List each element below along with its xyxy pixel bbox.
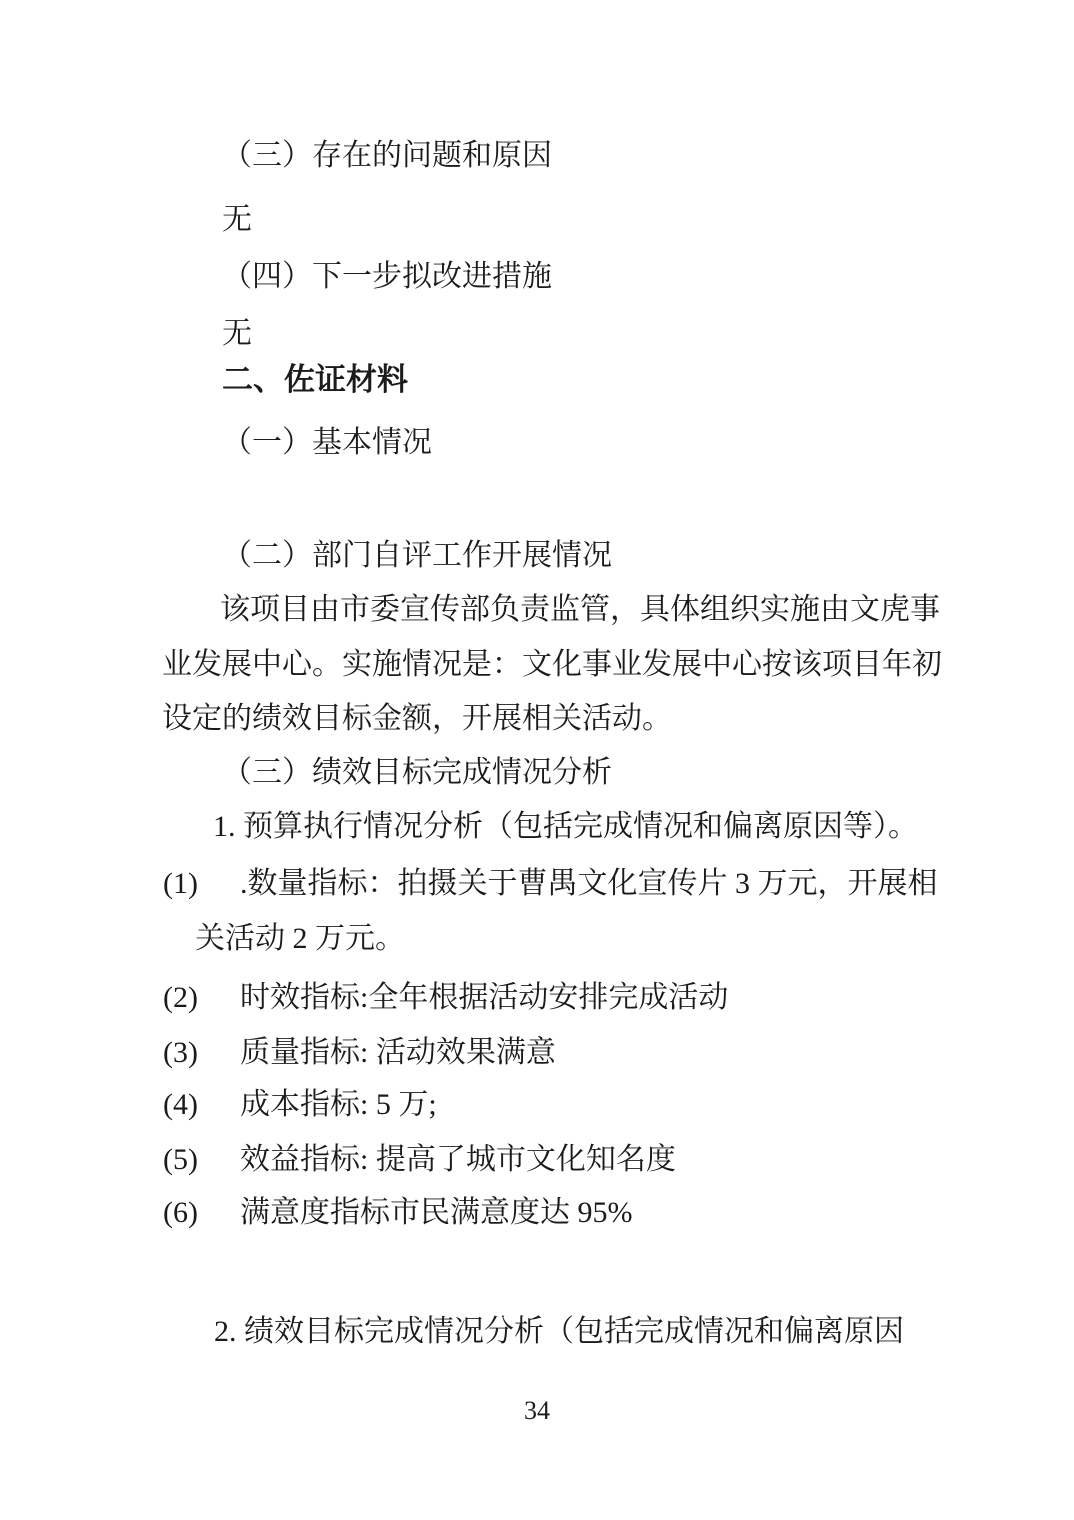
target-analysis-heading: 2. 绩效目标完成情况分析（包括完成情况和偏离原因 xyxy=(214,1316,904,1348)
indicator-item-marker: (3) xyxy=(163,1037,198,1069)
next-steps-none-text: 无 xyxy=(222,318,252,350)
indicator-item-marker: (5) xyxy=(163,1144,198,1176)
indicator-item-text: 质量指标: 活动效果满意 xyxy=(240,1037,556,1069)
subsection-heading-self-evaluation: （二）部门自评工作开展情况 xyxy=(222,540,612,572)
section-heading-problems: （三）存在的问题和原因 xyxy=(222,140,552,172)
budget-analysis-heading: 1. 预算执行情况分析（包括完成情况和偏离原因等）。 xyxy=(213,811,918,843)
section-heading-evidence: 二、佐证材料 xyxy=(222,364,408,396)
indicator-item-marker: (6) xyxy=(163,1197,198,1229)
self-evaluation-paragraph-line-1: 该项目由市委宣传部负责监管，具体组织实施由文虎事 xyxy=(220,594,940,626)
indicator-item-marker: (4) xyxy=(163,1089,198,1121)
indicator-item-marker: (2) xyxy=(163,982,198,1014)
indicator-item-marker: (1) xyxy=(163,868,198,900)
indicator-item-text: .数量指标：拍摄关于曹禺文化宣传片 3 万元，开展相 xyxy=(240,868,938,900)
indicator-item-text: 成本指标: 5 万; xyxy=(240,1089,437,1121)
problems-none-text: 无 xyxy=(222,204,252,236)
indicator-item-text: 效益指标: 提高了城市文化知名度 xyxy=(240,1144,676,1176)
subsection-heading-target-analysis: （三）绩效目标完成情况分析 xyxy=(222,757,612,789)
subsection-heading-basic-info: （一）基本情况 xyxy=(222,427,432,459)
section-heading-next-steps: （四）下一步拟改进措施 xyxy=(222,261,552,293)
indicator-1-continuation: 关活动 2 万元。 xyxy=(195,923,405,955)
self-evaluation-paragraph-line-2: 业发展中心。实施情况是：文化事业发展中心按该项目年初 xyxy=(162,649,942,681)
document-page: （三）存在的问题和原因 无 （四）下一步拟改进措施 无 二、佐证材料 （一）基本… xyxy=(0,0,1074,1520)
indicator-item-text: 满意度指标市民满意度达 95% xyxy=(240,1197,633,1229)
self-evaluation-paragraph-line-3: 设定的绩效目标金额，开展相关活动。 xyxy=(162,703,672,735)
page-number: 34 xyxy=(0,1398,1074,1424)
indicator-item-text: 时效指标:全年根据活动安排完成活动 xyxy=(240,982,728,1014)
